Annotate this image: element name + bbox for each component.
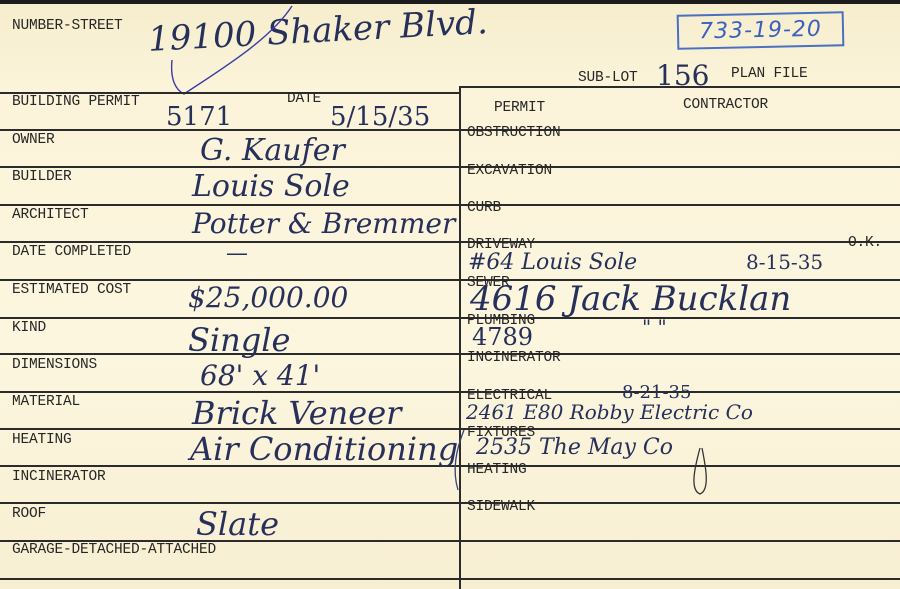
material-label: MATERIAL <box>12 395 80 410</box>
rule <box>459 86 900 88</box>
incinerator-permit-label: INCINERATOR <box>467 351 561 366</box>
builder-label: BUILDER <box>12 170 72 185</box>
dimensions-value: 68' x 41' <box>200 362 320 390</box>
material-value: Brick Veneer <box>192 397 401 429</box>
column-divider <box>459 86 461 589</box>
excavation-label: EXCAVATION <box>467 164 552 179</box>
estimated-cost-value: $25,000.00 <box>188 284 348 312</box>
driveway-entry: #64 Louis Sole <box>468 252 637 274</box>
building-permit-label: BUILDING PERMIT <box>12 95 140 110</box>
rule <box>0 166 900 168</box>
rule <box>0 578 900 580</box>
permit-date-value: 5/15/35 <box>330 104 430 130</box>
obstruction-label: OBSTRUCTION <box>467 126 561 141</box>
check-mark-icon <box>160 0 300 100</box>
roof-label: ROOF <box>12 507 46 522</box>
file-number-stamp: 733-19-20 <box>677 11 845 49</box>
sidewalk-label: SIDEWALK <box>467 500 535 515</box>
plumbing-entry: 4789 <box>472 325 533 349</box>
architect-value: Potter & Bremmer <box>192 210 455 238</box>
rule <box>0 129 900 131</box>
permit-index-card: 733-19-20 NUMBER-STREET 19100 Shaker Blv… <box>0 0 900 589</box>
plumbing-contractor: " " <box>642 317 667 337</box>
date-label: DATE <box>287 92 321 107</box>
sub-lot-label: SUB-LOT <box>578 71 638 86</box>
driveway-status: O.K. <box>848 236 882 251</box>
rule <box>0 204 900 206</box>
rule <box>0 391 900 393</box>
plan-file-label: PLAN FILE <box>731 67 808 82</box>
sewer-entry: 4616 Jack Bucklan <box>470 282 791 316</box>
dimensions-label: DIMENSIONS <box>12 358 97 373</box>
electrical-entry: 2461 E80 Robby Electric Co <box>466 402 753 422</box>
heating-value: Air Conditioning <box>190 433 458 465</box>
kind-value: Single <box>188 324 290 356</box>
date-completed-label: DATE COMPLETED <box>12 245 131 260</box>
builder-value: Louis Sole <box>192 172 350 202</box>
owner-value: G. Kaufer <box>200 136 345 166</box>
number-street-label: NUMBER-STREET <box>12 19 123 34</box>
curb-label: CURB <box>467 201 501 216</box>
building-permit-value: 5171 <box>166 104 232 130</box>
permit-column-header: PERMIT <box>494 101 545 116</box>
estimated-cost-label: ESTIMATED COST <box>12 283 131 298</box>
rule <box>0 502 900 504</box>
incinerator-label: INCINERATOR <box>12 470 106 485</box>
owner-label: OWNER <box>12 133 55 148</box>
roof-value: Slate <box>196 508 279 540</box>
rule <box>0 241 900 243</box>
driveway-date: 8-15-35 <box>746 252 823 272</box>
heating-label: HEATING <box>12 433 72 448</box>
kind-label: KIND <box>12 321 46 336</box>
architect-label: ARCHITECT <box>12 208 89 223</box>
date-completed-value: — <box>226 243 248 265</box>
garage-label: GARAGE-DETACHED-ATTACHED <box>12 543 216 558</box>
rule <box>0 353 900 355</box>
pen-stroke-icon <box>448 420 748 500</box>
contractor-column-header: CONTRACTOR <box>683 98 768 113</box>
